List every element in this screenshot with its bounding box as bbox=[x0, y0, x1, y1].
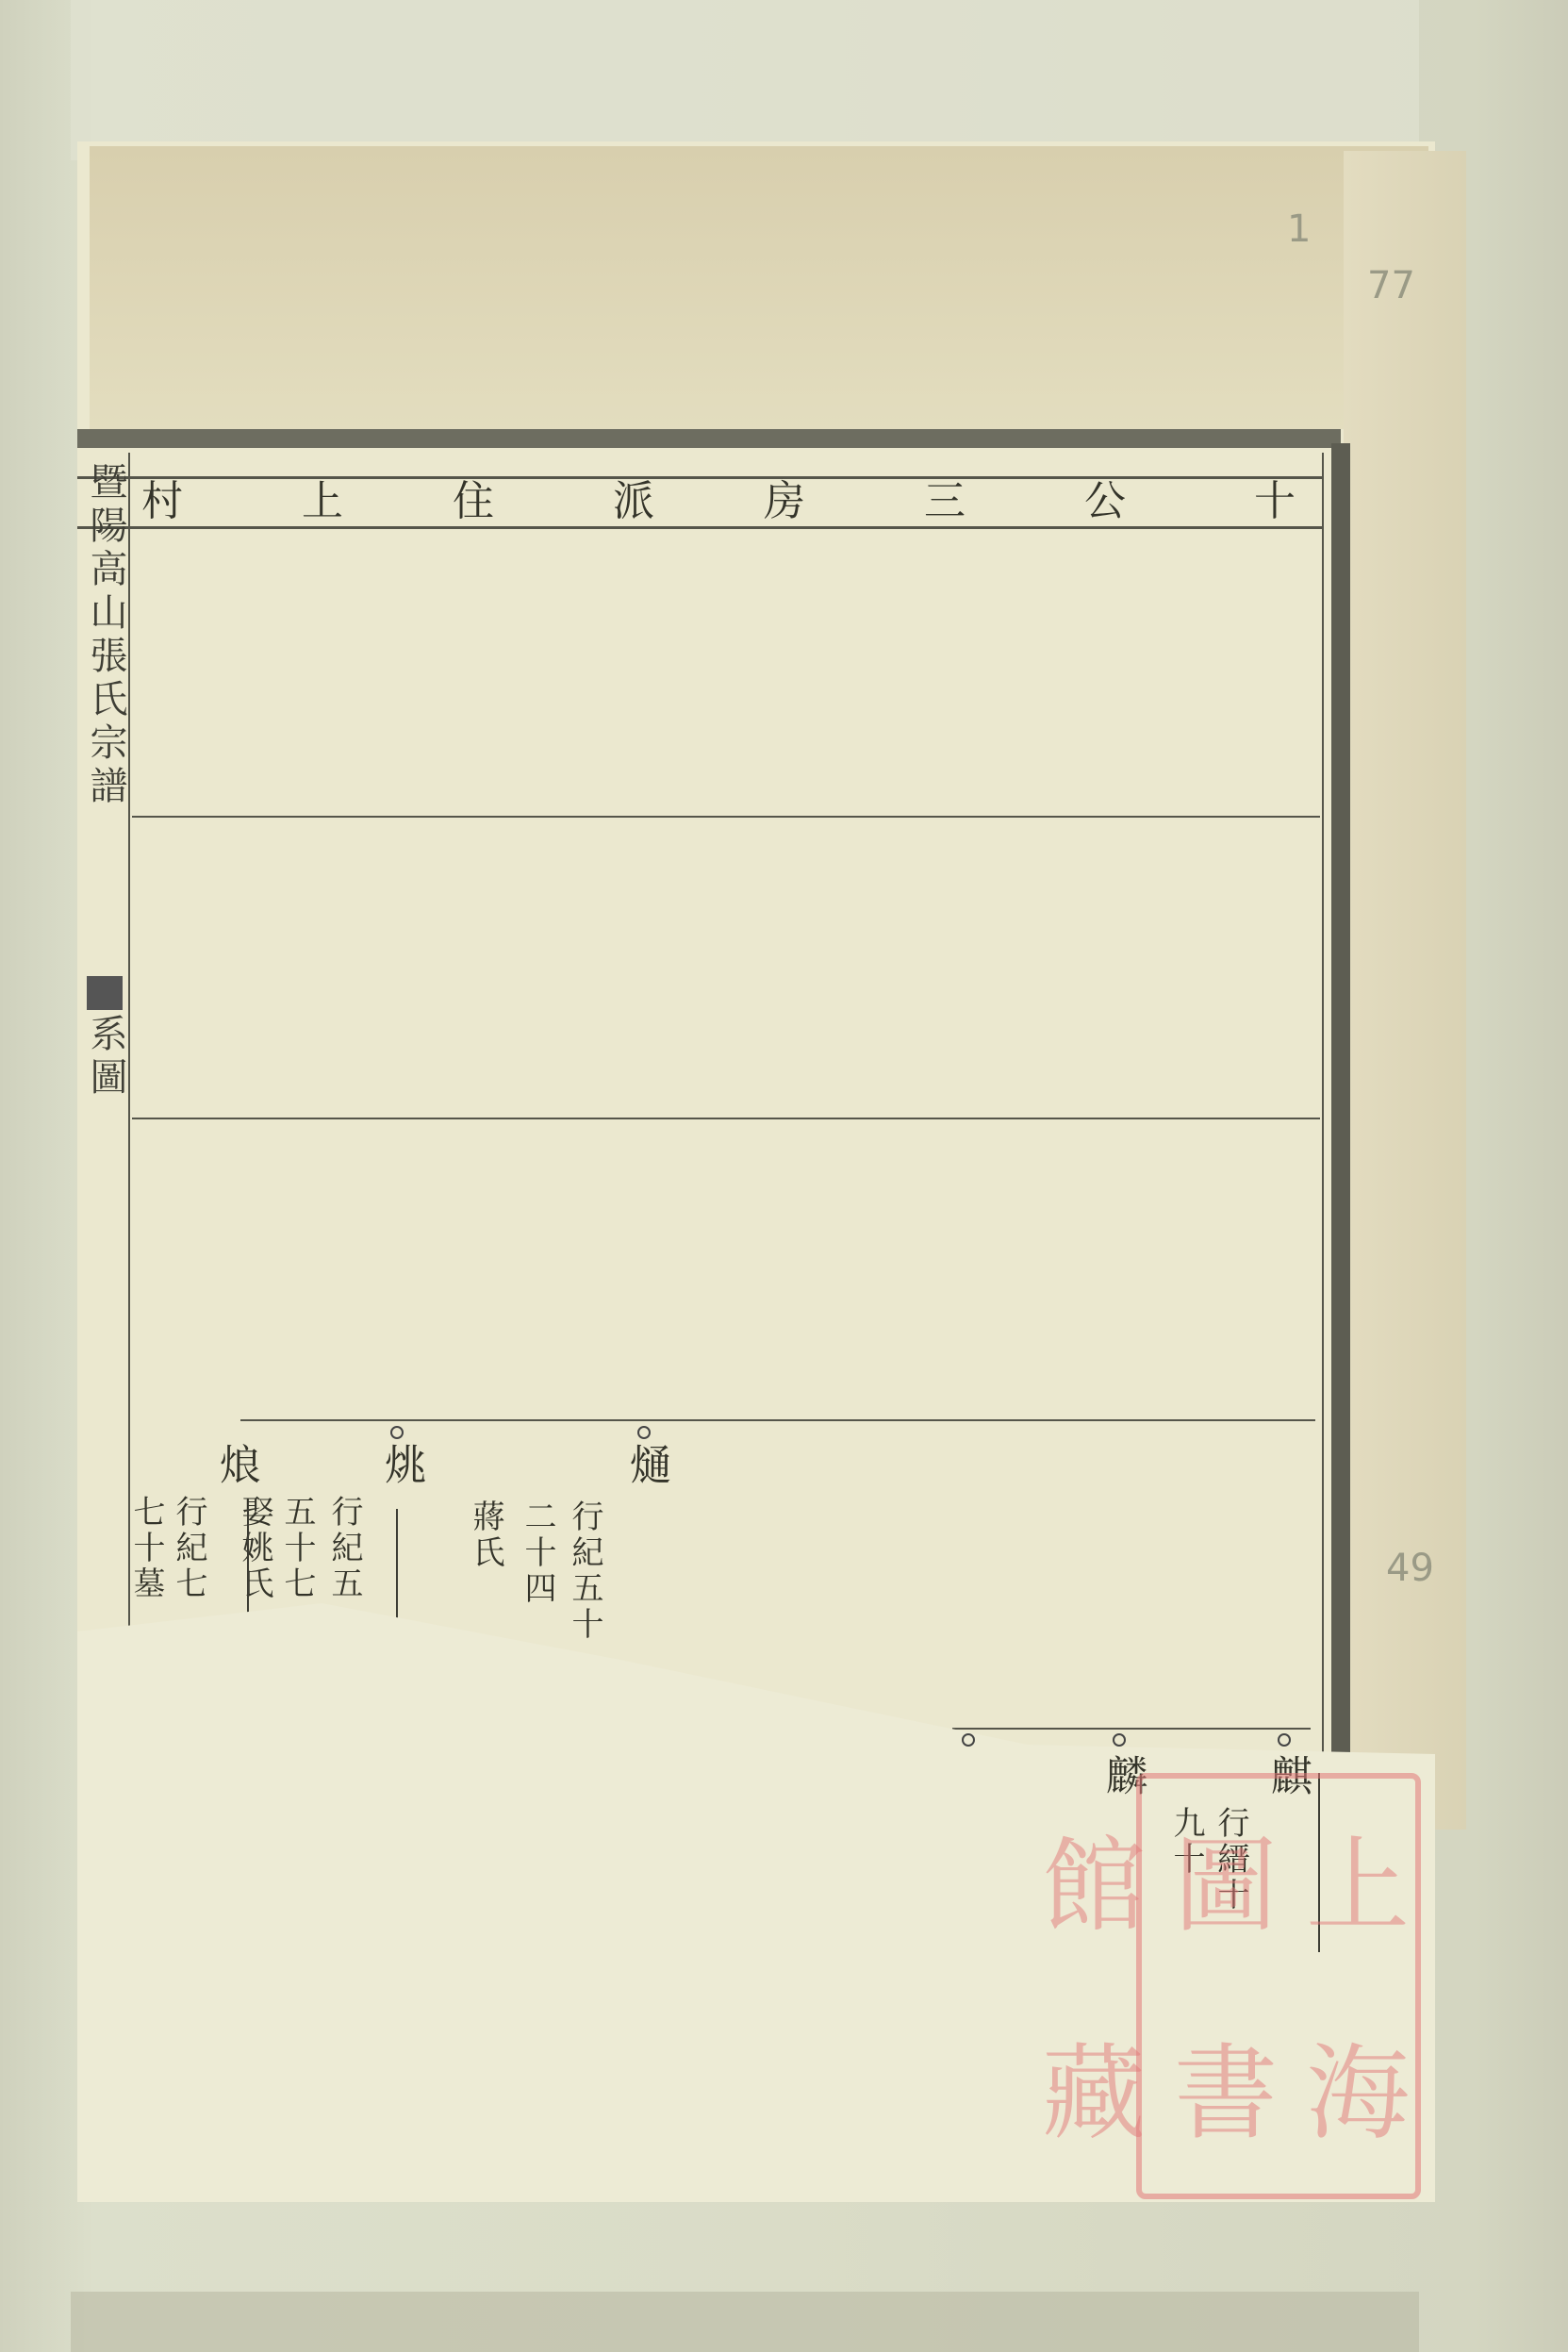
library-seal-stamp: 上 海 圖 書 館 藏 bbox=[1136, 1773, 1421, 2199]
printed-frame-right bbox=[1331, 443, 1350, 1971]
person-name: 烺 bbox=[212, 1443, 260, 1484]
entry-detail-2b: 五十七 bbox=[278, 1495, 316, 1602]
entry-name-2: 烑 bbox=[377, 1443, 424, 1484]
header-char-3: 三 bbox=[924, 477, 966, 526]
header-char-8: 村 bbox=[141, 477, 183, 526]
person-detail: 二十四 bbox=[519, 1499, 556, 1607]
entry-detail-3a: 行紀七 bbox=[170, 1495, 207, 1602]
book-title-margin: 暨陽高山張氏宗譜 bbox=[85, 462, 126, 809]
lineage-circle bbox=[962, 1733, 975, 1747]
person-detail: 行紀五十 bbox=[566, 1499, 603, 1643]
seal-char: 圖 bbox=[1151, 1779, 1283, 1986]
person-detail: 蔣氏 bbox=[467, 1499, 504, 1571]
row-divider-4 bbox=[952, 1728, 1311, 1730]
lineage-circle bbox=[390, 1426, 404, 1439]
header-char-7: 上 bbox=[302, 477, 343, 526]
lineage-circle bbox=[637, 1426, 651, 1439]
header-char-5: 派 bbox=[613, 477, 654, 526]
inner-frame-left bbox=[128, 453, 130, 1641]
seal-char: 藏 bbox=[1019, 1986, 1151, 2194]
backing-paper-bottom bbox=[71, 2292, 1419, 2352]
entry-name-3: 烺 bbox=[212, 1443, 259, 1484]
backing-paper-top bbox=[71, 0, 1419, 160]
margin-fishtail-block bbox=[87, 976, 123, 1010]
inner-frame-right bbox=[1322, 453, 1324, 1952]
person-detail: 行紀五 bbox=[325, 1495, 363, 1602]
section-title: 系圖 bbox=[84, 1014, 127, 1101]
header-rule-top bbox=[77, 476, 1322, 479]
header-char-4: 房 bbox=[764, 477, 805, 526]
lineage-circle bbox=[1113, 1733, 1126, 1747]
seal-char: 書 bbox=[1151, 1986, 1283, 2194]
person-detail: 娶姚氏 bbox=[236, 1495, 273, 1602]
header-char-2: 公 bbox=[1084, 477, 1126, 526]
lineage-circle bbox=[1278, 1733, 1291, 1747]
entry-name-1: 熥 bbox=[622, 1443, 669, 1484]
section-title-margin: 系圖 bbox=[85, 1014, 126, 1101]
row-divider-2 bbox=[132, 1118, 1320, 1119]
seal-char: 館 bbox=[1019, 1779, 1151, 1986]
book-title: 暨陽高山張氏宗譜 bbox=[84, 462, 127, 809]
entry-detail-1b: 二十四 bbox=[519, 1499, 556, 1607]
person-detail: 行紀七 bbox=[170, 1495, 207, 1602]
header-rule-bottom bbox=[77, 526, 1322, 529]
row-divider-3 bbox=[240, 1419, 1315, 1421]
pencil-mark: 49 bbox=[1386, 1547, 1434, 1590]
row-divider-1 bbox=[132, 816, 1320, 818]
entry-detail-2c: 娶姚氏 bbox=[236, 1495, 273, 1602]
seal-char: 上 bbox=[1283, 1779, 1415, 1986]
printed-frame-top bbox=[77, 429, 1341, 448]
person-name: 烑 bbox=[377, 1443, 425, 1484]
entry-detail-1c: 蔣氏 bbox=[467, 1499, 504, 1571]
header-char-1: 十 bbox=[1254, 477, 1296, 526]
entry-detail-2a: 行紀五 bbox=[325, 1495, 363, 1602]
entry-detail-3b: 七十墓 bbox=[127, 1495, 165, 1602]
person-detail: 七十墓 bbox=[127, 1495, 165, 1602]
water-stain-top bbox=[90, 146, 1428, 429]
pencil-mark: 1 bbox=[1287, 207, 1311, 251]
person-detail: 五十七 bbox=[278, 1495, 316, 1602]
seal-char: 海 bbox=[1283, 1986, 1415, 2194]
pencil-mark: 77 bbox=[1367, 264, 1415, 307]
entry-detail-1a: 行紀五十 bbox=[566, 1499, 603, 1643]
person-name: 熥 bbox=[622, 1443, 670, 1484]
header-char-6: 住 bbox=[453, 477, 494, 526]
